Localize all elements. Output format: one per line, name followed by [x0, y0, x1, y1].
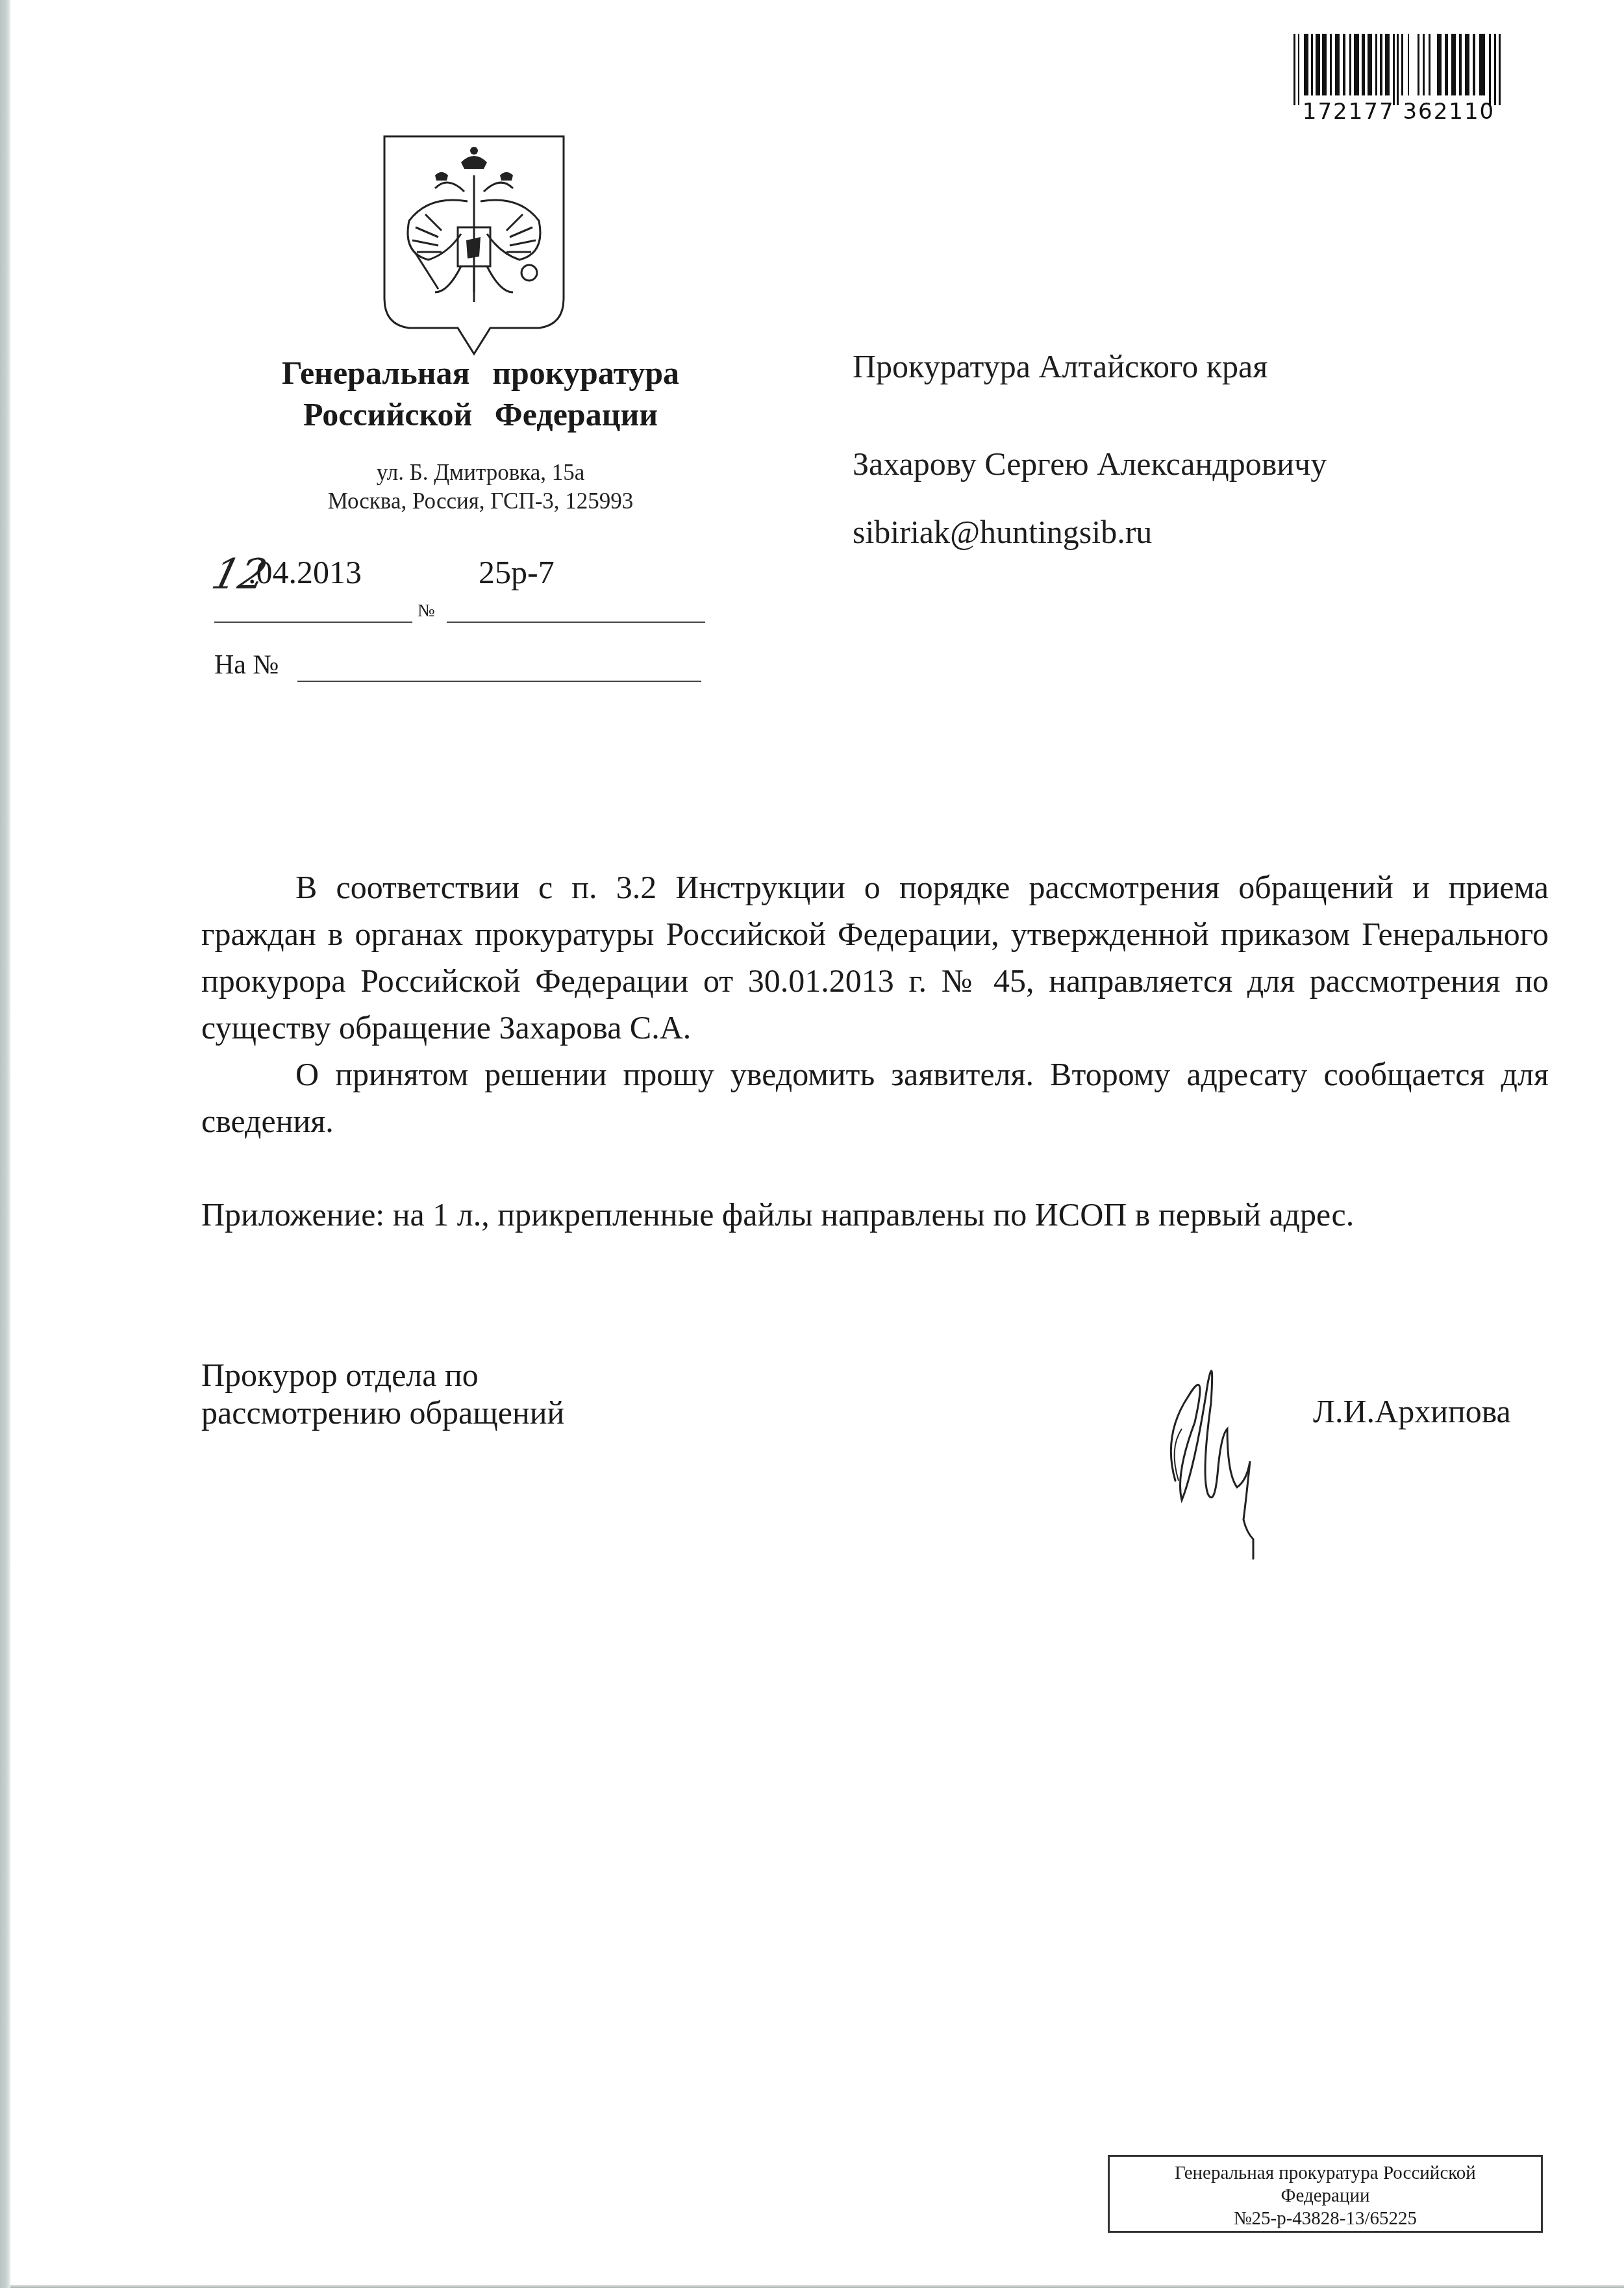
number-sign-label: № — [418, 601, 435, 622]
signer-name: Л.И.Архипова — [1313, 1392, 1511, 1430]
body-paragraph-1: В соответствии с п. 3.2 Инструкции о пор… — [201, 864, 1549, 1051]
sender-address-line2: Москва, Россия, ГСП-3, 125993 — [247, 487, 714, 516]
registration-date: .04.2013 — [248, 553, 362, 591]
reference-number-underline — [297, 681, 701, 682]
sender-org-name-line1: Генеральная прокуратура — [214, 352, 747, 394]
barcode-bars-icon — [1291, 34, 1505, 105]
addressee-organization: Прокуратура Алтайского края — [853, 347, 1268, 385]
addressee-person: Захарову Сергею Александровичу — [853, 445, 1327, 483]
sender-org-name: Генеральная прокуратура Российской Федер… — [214, 352, 747, 435]
barcode-number: 172177 362110 — [1295, 99, 1503, 125]
scan-edge-bottom — [10, 2285, 1624, 2288]
letter-body: В соответствии с п. 3.2 Инструкции о пор… — [201, 864, 1549, 1238]
scan-edge-left — [0, 0, 10, 2288]
sender-org-name-line2: Российской Федерации — [214, 394, 747, 435]
russian-coat-of-arms-icon — [377, 130, 571, 357]
signer-title: Прокурор отдела по рассмотрению обращени… — [201, 1356, 564, 1431]
number-underline — [447, 622, 705, 623]
registration-stamp: Генеральная прокуратура Российской Федер… — [1108, 2155, 1543, 2233]
stamp-line1: Генеральная прокуратура Российской — [1110, 2162, 1541, 2185]
signer-title-line2: рассмотрению обращений — [201, 1394, 564, 1431]
registration-number: 25р-7 — [479, 553, 555, 591]
addressee-email: sibiriak@huntingsib.ru — [853, 513, 1152, 551]
barcode: 172177 362110 — [1291, 34, 1505, 125]
attachment-note: Приложение: на 1 л., прикрепленные файлы… — [201, 1191, 1549, 1238]
handwritten-signature-icon — [1117, 1325, 1312, 1585]
body-paragraph-2: О принятом решении прошу уведомить заяви… — [201, 1051, 1549, 1144]
sender-address-line1: ул. Б. Дмитровка, 15а — [247, 459, 714, 487]
date-underline — [214, 622, 412, 623]
sender-address: ул. Б. Дмитровка, 15а Москва, Россия, ГС… — [247, 459, 714, 516]
stamp-line2: Федерации — [1110, 2185, 1541, 2207]
reference-number-label: На № — [214, 649, 279, 681]
signer-title-line1: Прокурор отдела по — [201, 1356, 564, 1394]
stamp-line3: №25-р-43828-13/65225 — [1110, 2207, 1541, 2230]
